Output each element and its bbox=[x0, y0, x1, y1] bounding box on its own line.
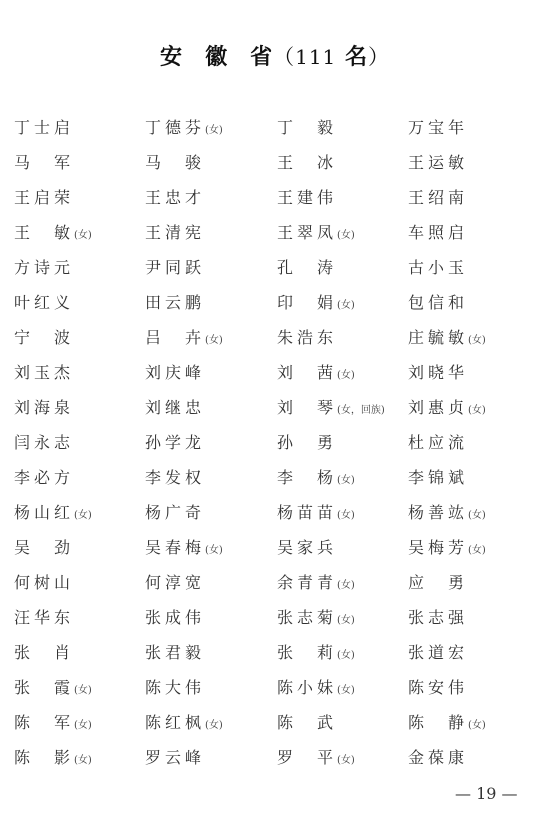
person-name: 刘惠贞 bbox=[408, 398, 468, 417]
person-name: 孔 涛 bbox=[277, 258, 337, 277]
person-note: (女) bbox=[468, 510, 486, 521]
list-item: 刘 琴(女，回族) bbox=[277, 394, 385, 425]
person-note: (女) bbox=[468, 720, 486, 731]
title-unit: 名 bbox=[336, 44, 368, 70]
list-item: 陈小妹(女) bbox=[277, 674, 355, 705]
person-name: 李发权 bbox=[145, 468, 205, 487]
person-note: (女) bbox=[74, 230, 92, 241]
person-note: (女) bbox=[337, 510, 355, 521]
list-item: 吴春梅(女) bbox=[145, 534, 223, 565]
list-item: 陈 影(女) bbox=[14, 744, 92, 775]
person-name: 余青青 bbox=[277, 573, 337, 592]
person-note: (女) bbox=[337, 580, 355, 591]
list-item: 杨广奇 bbox=[145, 499, 205, 530]
list-item: 包信和 bbox=[408, 289, 468, 320]
person-name: 王建伟 bbox=[277, 188, 337, 207]
list-item: 丁 毅 bbox=[277, 114, 337, 145]
list-item: 马 骏 bbox=[145, 149, 205, 180]
list-item: 孙学龙 bbox=[145, 429, 205, 460]
list-item: 丁士启 bbox=[14, 114, 74, 145]
list-item: 刘 茜(女) bbox=[277, 359, 355, 390]
list-item: 何淳宽 bbox=[145, 569, 205, 600]
person-name: 丁德芬 bbox=[145, 118, 205, 137]
person-name: 金葆康 bbox=[408, 748, 468, 767]
list-item: 万宝年 bbox=[408, 114, 468, 145]
person-name: 张 霞 bbox=[14, 678, 74, 697]
person-name: 汪华东 bbox=[14, 608, 74, 627]
person-name: 陈 影 bbox=[14, 748, 74, 767]
person-name: 张君毅 bbox=[145, 643, 205, 662]
person-name: 李必方 bbox=[14, 468, 74, 487]
list-item: 田云鹏 bbox=[145, 289, 205, 320]
person-name: 罗云峰 bbox=[145, 748, 205, 767]
person-name: 叶红义 bbox=[14, 293, 74, 312]
person-name: 宁 波 bbox=[14, 328, 74, 347]
list-item: 李锦斌 bbox=[408, 464, 468, 495]
person-name: 万宝年 bbox=[408, 118, 468, 137]
list-item: 王翠凤(女) bbox=[277, 219, 355, 250]
page-title: 安徽省（111 名） bbox=[0, 40, 550, 71]
person-name: 杨苗苗 bbox=[277, 503, 337, 522]
person-note: (女) bbox=[337, 300, 355, 311]
list-item: 何树山 bbox=[14, 569, 74, 600]
person-name: 杨善竑 bbox=[408, 503, 468, 522]
person-name: 孙 勇 bbox=[277, 433, 337, 452]
person-note: (女) bbox=[468, 545, 486, 556]
person-note: (女) bbox=[337, 475, 355, 486]
person-name: 陈 静 bbox=[408, 713, 468, 732]
person-name: 张志菊 bbox=[277, 608, 337, 627]
person-name: 李锦斌 bbox=[408, 468, 468, 487]
person-name: 包信和 bbox=[408, 293, 468, 312]
list-item: 张 莉(女) bbox=[277, 639, 355, 670]
list-item: 罗云峰 bbox=[145, 744, 205, 775]
person-name: 刘晓华 bbox=[408, 363, 468, 382]
person-name: 陈大伟 bbox=[145, 678, 205, 697]
person-name: 马 军 bbox=[14, 153, 74, 172]
person-note: (女) bbox=[74, 510, 92, 521]
person-name: 吴春梅 bbox=[145, 538, 205, 557]
person-note: (女) bbox=[468, 405, 486, 416]
list-item: 宁 波 bbox=[14, 324, 74, 355]
list-item: 王绍南 bbox=[408, 184, 468, 215]
title-char: 省 bbox=[250, 44, 273, 70]
person-name: 庄毓敏 bbox=[408, 328, 468, 347]
person-name: 张 莉 bbox=[277, 643, 337, 662]
person-note: (女) bbox=[74, 755, 92, 766]
list-item: 余青青(女) bbox=[277, 569, 355, 600]
person-name: 车照启 bbox=[408, 223, 468, 242]
person-name: 张道宏 bbox=[408, 643, 468, 662]
list-item: 刘惠贞(女) bbox=[408, 394, 486, 425]
list-item: 吴 劲 bbox=[14, 534, 74, 565]
person-note: (女) bbox=[74, 685, 92, 696]
person-name: 罗 平 bbox=[277, 748, 337, 767]
list-item: 闫永志 bbox=[14, 429, 74, 460]
list-item: 刘晓华 bbox=[408, 359, 468, 390]
list-item: 车照启 bbox=[408, 219, 468, 250]
person-name: 刘 琴 bbox=[277, 398, 337, 417]
list-item: 丁德芬(女) bbox=[145, 114, 223, 145]
list-item: 陈 军(女) bbox=[14, 709, 92, 740]
list-item: 张 霞(女) bbox=[14, 674, 92, 705]
person-name: 闫永志 bbox=[14, 433, 74, 452]
list-item: 尹同跃 bbox=[145, 254, 205, 285]
list-item: 王建伟 bbox=[277, 184, 337, 215]
list-item: 陈 武 bbox=[277, 709, 337, 740]
person-name: 陈 武 bbox=[277, 713, 337, 732]
person-name: 吴家兵 bbox=[277, 538, 337, 557]
person-name: 吴 劲 bbox=[14, 538, 74, 557]
list-item: 张道宏 bbox=[408, 639, 468, 670]
person-name: 王 冰 bbox=[277, 153, 337, 172]
person-note: (女) bbox=[205, 335, 223, 346]
list-item: 吴家兵 bbox=[277, 534, 337, 565]
person-name: 应 勇 bbox=[408, 573, 468, 592]
title-close-paren: ） bbox=[368, 45, 390, 69]
list-item: 张志菊(女) bbox=[277, 604, 355, 635]
person-note: (女) bbox=[468, 335, 486, 346]
list-item: 杨山红(女) bbox=[14, 499, 92, 530]
person-name: 刘海泉 bbox=[14, 398, 74, 417]
person-name: 朱浩东 bbox=[277, 328, 337, 347]
person-name: 刘玉杰 bbox=[14, 363, 74, 382]
list-item: 王 冰 bbox=[277, 149, 337, 180]
list-item: 张志强 bbox=[408, 604, 468, 635]
person-note: (女) bbox=[74, 720, 92, 731]
list-item: 刘玉杰 bbox=[14, 359, 74, 390]
title-count: 111 bbox=[295, 45, 336, 69]
person-note: (女) bbox=[337, 755, 355, 766]
person-name: 杨山红 bbox=[14, 503, 74, 522]
list-item: 罗 平(女) bbox=[277, 744, 355, 775]
list-item: 杨苗苗(女) bbox=[277, 499, 355, 530]
person-note: (女) bbox=[205, 545, 223, 556]
list-item: 陈 静(女) bbox=[408, 709, 486, 740]
title-open-paren: （ bbox=[273, 45, 295, 69]
person-name: 何树山 bbox=[14, 573, 74, 592]
person-name: 张成伟 bbox=[145, 608, 205, 627]
person-name: 王 敏 bbox=[14, 223, 74, 242]
person-name: 王运敏 bbox=[408, 153, 468, 172]
person-name: 马 骏 bbox=[145, 153, 205, 172]
list-item: 印 娟(女) bbox=[277, 289, 355, 320]
list-item: 陈安伟 bbox=[408, 674, 468, 705]
list-item: 吕 卉(女) bbox=[145, 324, 223, 355]
list-item: 马 军 bbox=[14, 149, 74, 180]
list-item: 刘继忠 bbox=[145, 394, 205, 425]
list-item: 张 肖 bbox=[14, 639, 74, 670]
person-note: (女) bbox=[205, 720, 223, 731]
person-name: 陈 军 bbox=[14, 713, 74, 732]
person-name: 方诗元 bbox=[14, 258, 74, 277]
person-name: 杨广奇 bbox=[145, 503, 205, 522]
person-name: 丁士启 bbox=[14, 118, 74, 137]
list-item: 王 敏(女) bbox=[14, 219, 92, 250]
person-name: 田云鹏 bbox=[145, 293, 205, 312]
title-char: 安 bbox=[160, 44, 183, 70]
list-item: 朱浩东 bbox=[277, 324, 337, 355]
person-note: (女) bbox=[337, 230, 355, 241]
list-item: 孔 涛 bbox=[277, 254, 337, 285]
list-item: 吴梅芳(女) bbox=[408, 534, 486, 565]
person-name: 张 肖 bbox=[14, 643, 74, 662]
person-name: 刘 茜 bbox=[277, 363, 337, 382]
list-item: 王运敏 bbox=[408, 149, 468, 180]
person-name: 王翠凤 bbox=[277, 223, 337, 242]
list-item: 王启荣 bbox=[14, 184, 74, 215]
list-item: 李 杨(女) bbox=[277, 464, 355, 495]
person-name: 孙学龙 bbox=[145, 433, 205, 452]
list-item: 王清宪 bbox=[145, 219, 205, 250]
person-note: (女) bbox=[337, 370, 355, 381]
list-item: 孙 勇 bbox=[277, 429, 337, 460]
list-item: 古小玉 bbox=[408, 254, 468, 285]
list-item: 杜应流 bbox=[408, 429, 468, 460]
list-item: 方诗元 bbox=[14, 254, 74, 285]
list-item: 杨善竑(女) bbox=[408, 499, 486, 530]
person-name: 刘继忠 bbox=[145, 398, 205, 417]
person-name: 丁 毅 bbox=[277, 118, 337, 137]
list-item: 李发权 bbox=[145, 464, 205, 495]
list-item: 汪华东 bbox=[14, 604, 74, 635]
person-name: 李 杨 bbox=[277, 468, 337, 487]
person-name: 刘庆峰 bbox=[145, 363, 205, 382]
list-item: 刘庆峰 bbox=[145, 359, 205, 390]
person-name: 王清宪 bbox=[145, 223, 205, 242]
person-name: 尹同跃 bbox=[145, 258, 205, 277]
list-item: 王忠才 bbox=[145, 184, 205, 215]
person-note: (女) bbox=[337, 615, 355, 626]
title-char: 徽 bbox=[205, 44, 228, 70]
person-name: 何淳宽 bbox=[145, 573, 205, 592]
list-item: 应 勇 bbox=[408, 569, 468, 600]
page-number: — 19 — bbox=[455, 784, 518, 803]
list-item: 陈大伟 bbox=[145, 674, 205, 705]
person-name: 陈小妹 bbox=[277, 678, 337, 697]
person-name: 陈红枫 bbox=[145, 713, 205, 732]
list-item: 张成伟 bbox=[145, 604, 205, 635]
person-name: 杜应流 bbox=[408, 433, 468, 452]
person-name: 古小玉 bbox=[408, 258, 468, 277]
person-note: (女) bbox=[337, 650, 355, 661]
person-name: 印 娟 bbox=[277, 293, 337, 312]
list-item: 庄毓敏(女) bbox=[408, 324, 486, 355]
list-item: 张君毅 bbox=[145, 639, 205, 670]
person-name: 陈安伟 bbox=[408, 678, 468, 697]
person-name: 王忠才 bbox=[145, 188, 205, 207]
list-item: 陈红枫(女) bbox=[145, 709, 223, 740]
person-name: 吴梅芳 bbox=[408, 538, 468, 557]
person-note: (女) bbox=[205, 125, 223, 136]
list-item: 金葆康 bbox=[408, 744, 468, 775]
person-name: 吕 卉 bbox=[145, 328, 205, 347]
person-name: 王启荣 bbox=[14, 188, 74, 207]
list-item: 李必方 bbox=[14, 464, 74, 495]
person-name: 王绍南 bbox=[408, 188, 468, 207]
list-item: 叶红义 bbox=[14, 289, 74, 320]
person-note: (女，回族) bbox=[337, 405, 385, 416]
person-note: (女) bbox=[337, 685, 355, 696]
list-item: 刘海泉 bbox=[14, 394, 74, 425]
person-name: 张志强 bbox=[408, 608, 468, 627]
